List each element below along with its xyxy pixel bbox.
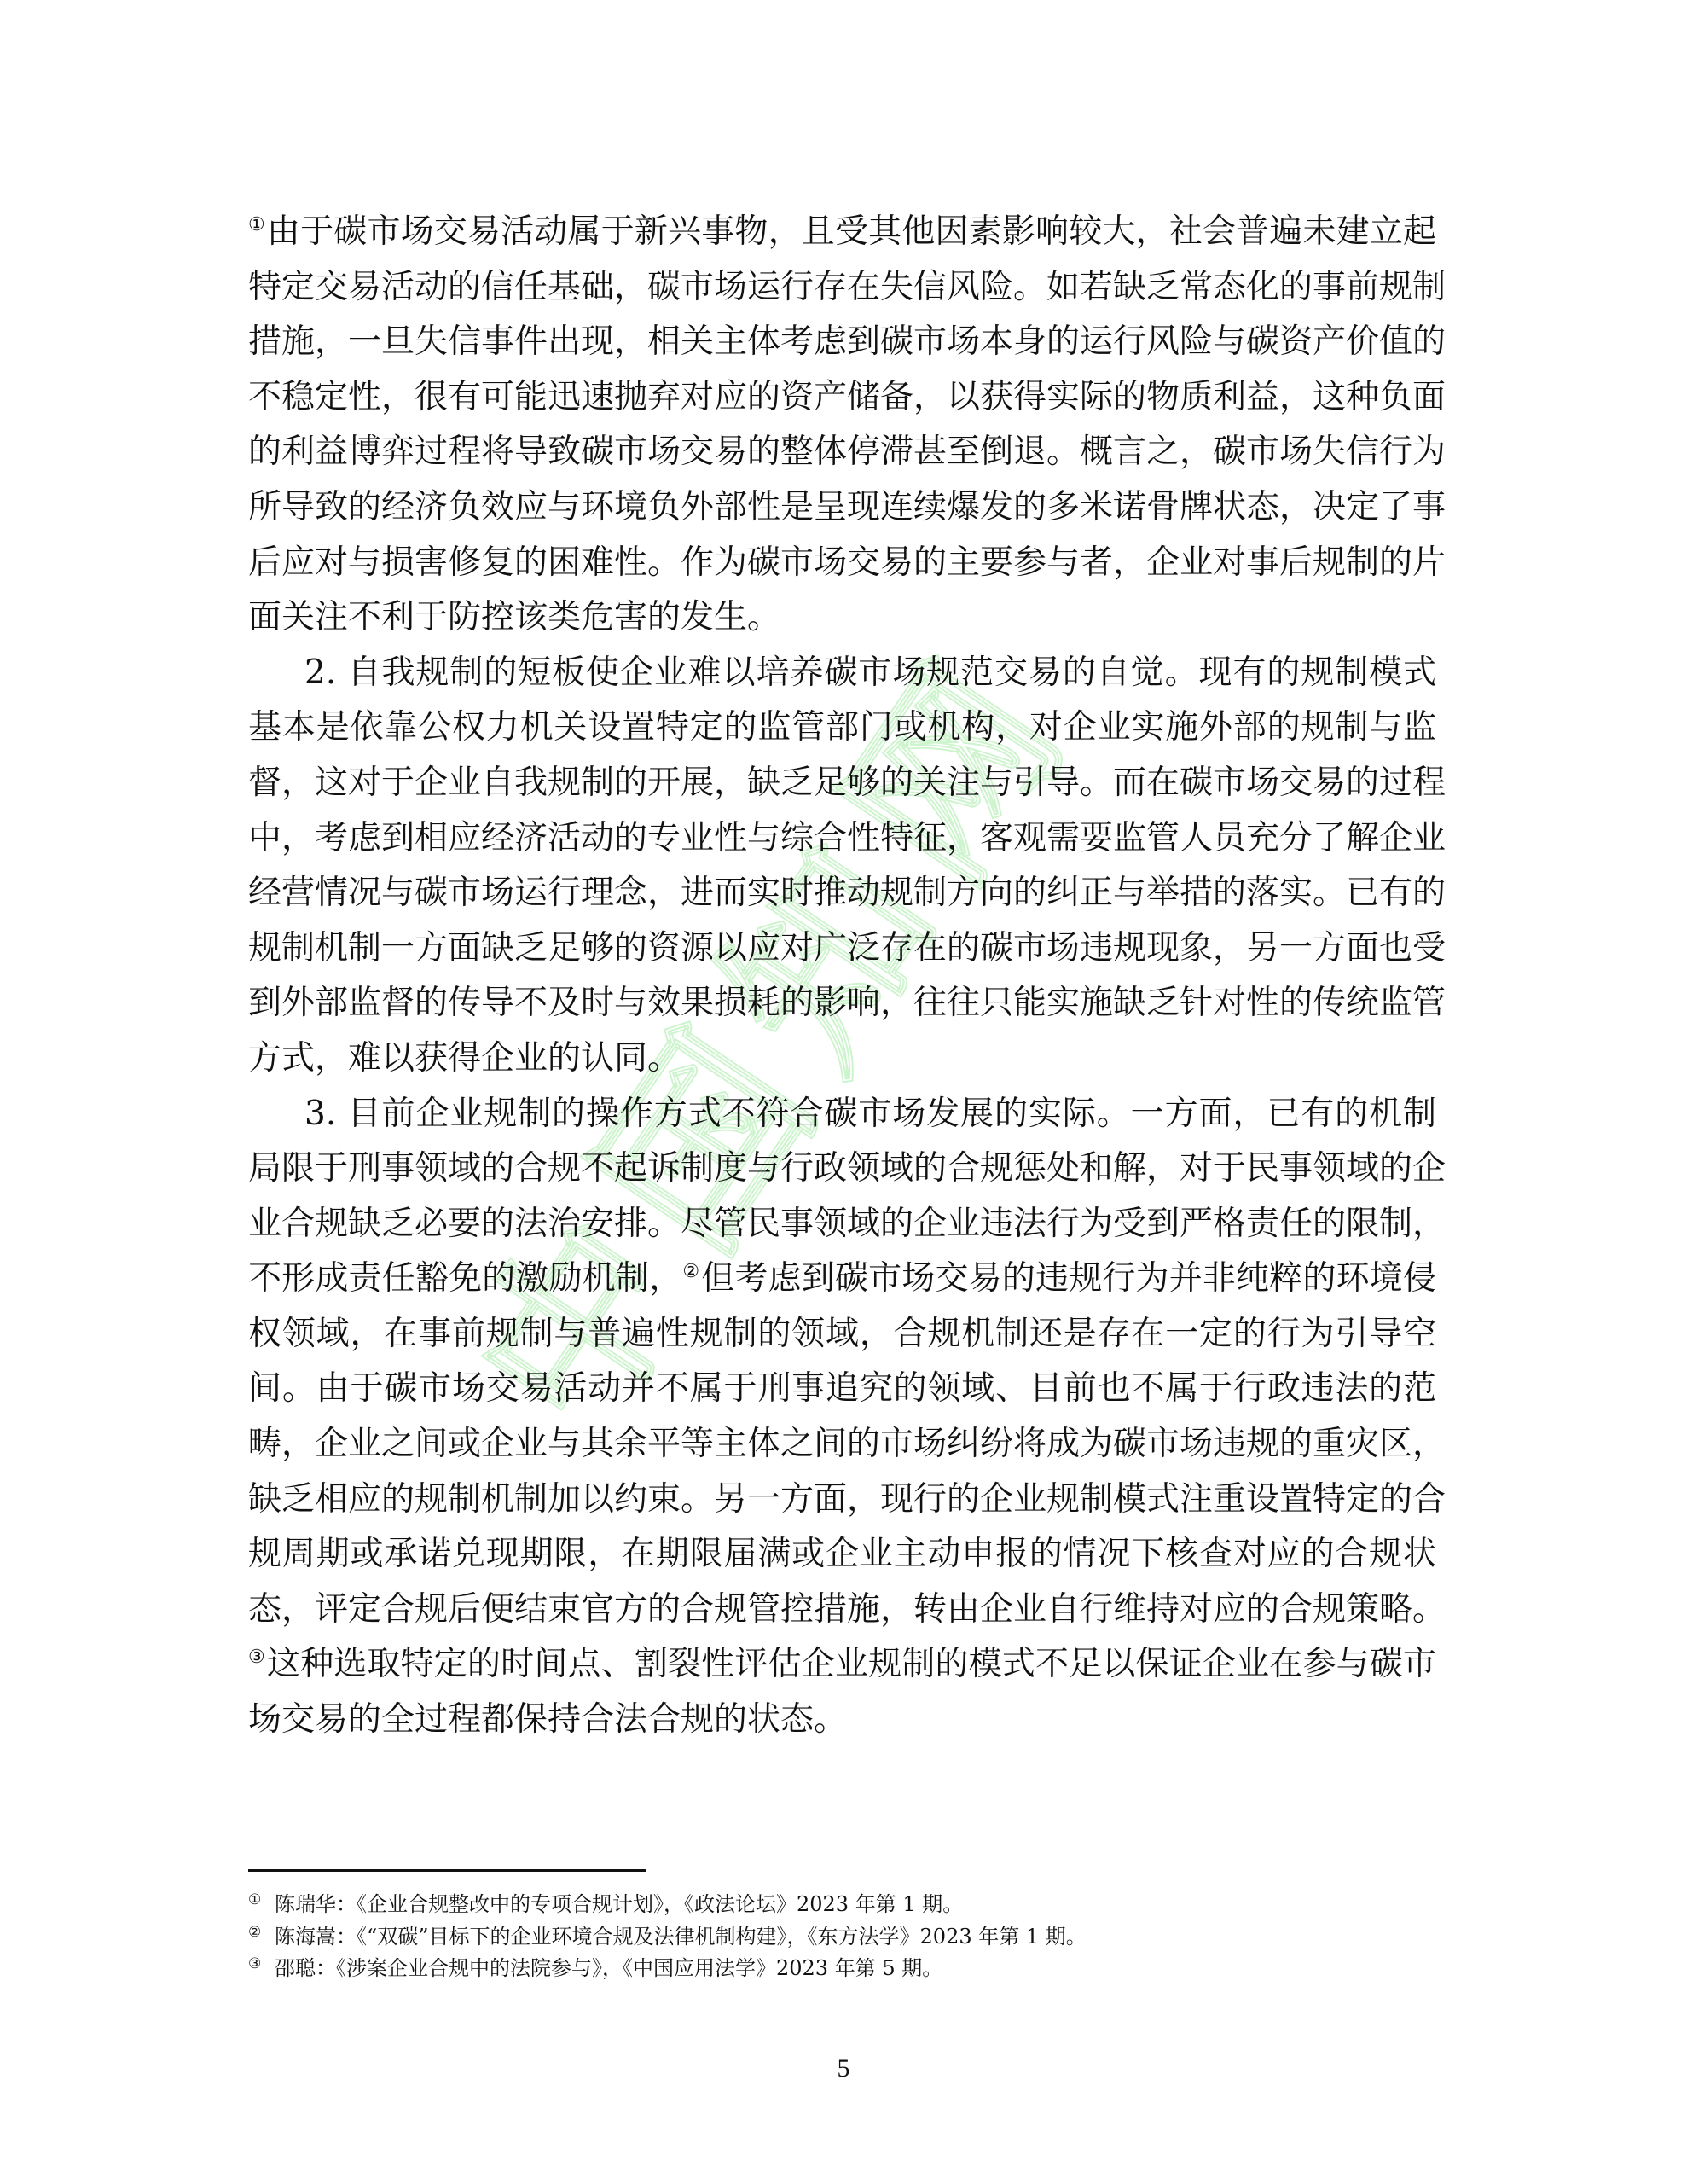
text-line: 的利益博弈过程将导致碳市场交易的整体停滞甚至倒退。概言之，碳市场失信行为 xyxy=(248,425,1436,480)
footnote-ref-3[interactable]: ③ xyxy=(248,1647,265,1668)
text-line: 不形成责任豁免的激励机制，②但考虑到碳市场交易的违规行为并非纯粹的环境侵 xyxy=(248,1252,1436,1307)
line-text: 由于碳市场交易活动属于新兴事物，且受其他因素影响较大，社会普遍未建立起 xyxy=(267,212,1436,251)
paragraph-1: ①由于碳市场交易活动属于新兴事物，且受其他因素影响较大，社会普遍未建立起 特定交… xyxy=(248,205,1436,646)
text-line: 特定交易活动的信任基础，碳市场运行存在失信风险。如若缺乏常态化的事前规制 xyxy=(248,260,1436,316)
footnote-text: 陈海嵩：《“双碳”目标下的企业环境合规及法律机制构建》，《东方法学》2023 年… xyxy=(275,1925,1087,1949)
document-page: 中国知网 ①由于碳市场交易活动属于新兴事物，且受其他因素影响较大，社会普遍未建立… xyxy=(0,0,1687,2184)
paragraph-3: 3. 目前企业规制的操作方式不符合碳市场发展的实际。一方面，已有的机制 局限于刑… xyxy=(248,1087,1436,1748)
text-line: 间。由于碳市场交易活动并不属于刑事追究的领域、目前也不属于行政违法的范 xyxy=(248,1362,1436,1417)
text-line: 权领域，在事前规制与普遍性规制的领域，合规机制还是存在一定的行为引导空 xyxy=(248,1307,1436,1362)
text-line: 后应对与损害修复的困难性。作为碳市场交易的主要参与者，企业对事后规制的片 xyxy=(248,536,1436,591)
line-text: 但考虑到碳市场交易的违规行为并非纯粹的环境侵 xyxy=(701,1259,1436,1298)
footnote-2: ②陈海嵩：《“双碳”目标下的企业环境合规及法律机制构建》，《东方法学》2023 … xyxy=(248,1921,1442,1954)
text-line: 3. 目前企业规制的操作方式不符合碳市场发展的实际。一方面，已有的机制 xyxy=(248,1087,1436,1142)
footnote-ref-1[interactable]: ① xyxy=(248,214,265,235)
text-line: 所导致的经济负效应与环境负外部性是呈现连续爆发的多米诺骨牌状态，决定了事 xyxy=(248,480,1436,536)
text-line: 中，考虑到相应经济活动的专业性与综合性特征，客观需要监管人员充分了解企业 xyxy=(248,811,1436,867)
text-line: 2. 自我规制的短板使企业难以培养碳市场规范交易的自觉。现有的规制模式 xyxy=(248,646,1436,701)
text-line: 经营情况与碳市场运行理念，进而实时推动规制方向的纠正与举措的落实。已有的 xyxy=(248,866,1436,921)
text-line: 方式，难以获得企业的认同。 xyxy=(248,1031,1436,1087)
footnote-text: 邵聪：《涉案企业合规中的法院参与》，《中国应用法学》2023 年第 5 期。 xyxy=(275,1956,942,1980)
text-line: 不稳定性，很有可能迅速抛弃对应的资产储备，以获得实际的物质利益，这种负面 xyxy=(248,370,1436,426)
line-text: 这种选取特定的时间点、割裂性评估企业规制的模式不足以保证企业在参与碳市 xyxy=(267,1645,1436,1683)
footnote-ref-2[interactable]: ② xyxy=(682,1261,699,1282)
footnote-text: 陈瑞华：《企业合规整改中的专项合规计划》，《政法论坛》2023 年第 1 期。 xyxy=(275,1892,963,1916)
text-line: 措施，一旦失信事件出现，相关主体考虑到碳市场本身的运行风险与碳资产价值的 xyxy=(248,315,1436,370)
text-line: 基本是依靠公权力机关设置特定的监管部门或机构，对企业实施外部的规制与监 xyxy=(248,700,1436,756)
body-text: ①由于碳市场交易活动属于新兴事物，且受其他因素影响较大，社会普遍未建立起 特定交… xyxy=(248,205,1436,1748)
text-line: 规周期或承诺兑现期限，在期限届满或企业主动申报的情况下核查对应的合规状 xyxy=(248,1527,1436,1583)
text-line: ①由于碳市场交易活动属于新兴事物，且受其他因素影响较大，社会普遍未建立起 xyxy=(248,205,1436,260)
text-line: ③这种选取特定的时间点、割裂性评估企业规制的模式不足以保证企业在参与碳市 xyxy=(248,1637,1436,1693)
text-line: 场交易的全过程都保持合法合规的状态。 xyxy=(248,1693,1436,1748)
text-line: 态，评定合规后便结束官方的合规管控措施，转由企业自行维持对应的合规策略。 xyxy=(248,1583,1436,1638)
text-line: 畴，企业之间或企业与其余平等主体之间的市场纠纷将成为碳市场违规的重灾区， xyxy=(248,1417,1436,1472)
footnote-1: ①陈瑞华：《企业合规整改中的专项合规计划》，《政法论坛》2023 年第 1 期。 xyxy=(248,1889,1442,1921)
text-line: 规制机制一方面缺乏足够的资源以应对广泛存在的碳市场违规现象，另一方面也受 xyxy=(248,921,1436,977)
line-text: 不形成责任豁免的激励机制， xyxy=(248,1259,682,1298)
text-line: 缺乏相应的规制机制加以约束。另一方面，现行的企业规制模式注重设置特定的合 xyxy=(248,1472,1436,1528)
page-number: 5 xyxy=(0,2054,1687,2083)
paragraph-2: 2. 自我规制的短板使企业难以培养碳市场规范交易的自觉。现有的规制模式 基本是依… xyxy=(248,646,1436,1087)
footnote-3: ③邵聪：《涉案企业合规中的法院参与》，《中国应用法学》2023 年第 5 期。 xyxy=(248,1953,1442,1985)
text-line: 局限于刑事领域的合规不起诉制度与行政领域的合规惩处和解，对于民事领域的企 xyxy=(248,1141,1436,1197)
text-line: 督，这对于企业自我规制的开展，缺乏足够的关注与引导。而在碳市场交易的过程 xyxy=(248,756,1436,811)
text-line: 业合规缺乏必要的法治安排。尽管民事领域的企业违法行为受到严格责任的限制， xyxy=(248,1197,1436,1252)
text-line: 面关注不利于防控该类危害的发生。 xyxy=(248,590,1436,646)
text-line: 到外部监督的传导不及时与效果损耗的影响，往往只能实施缺乏针对性的传统监管 xyxy=(248,976,1436,1031)
footnotes: ①陈瑞华：《企业合规整改中的专项合规计划》，《政法论坛》2023 年第 1 期。… xyxy=(248,1889,1442,1985)
footnote-separator xyxy=(248,1869,646,1872)
